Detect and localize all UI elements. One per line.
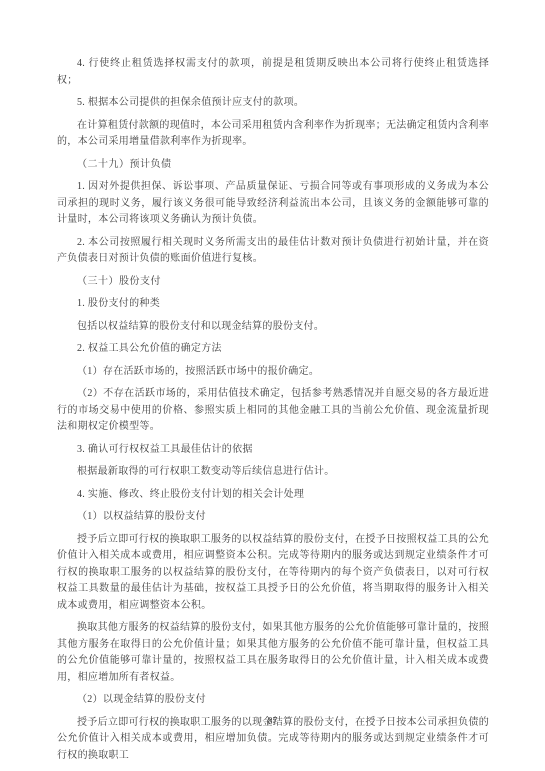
paragraph-equity-settled-employee: 授予后立即可行权的换取职工服务的以权益结算的股份支付，在授予日按照权益工具的公允… — [57, 532, 489, 615]
subheading-best-estimate-basis: 3. 确认可行权权益工具最佳估计的依据 — [57, 442, 489, 459]
paragraph-best-estimate-body: 根据最新取得的可行权职工数变动等后续信息进行估计。 — [57, 464, 489, 481]
paragraph-provision-measurement: 2. 本公司按照履行相关现时义务所需支出的最佳估计数对预计负债进行初始计量，并在… — [57, 235, 489, 268]
document-page: 4. 行使终止租赁选择权需支付的款项，前提是租赁期反映出本公司将行使终止租赁选择… — [0, 0, 545, 771]
paragraph-share-payment-types-body: 包括以权益结算的股份支付和以现金结算的股份支付。 — [57, 319, 489, 336]
subheading-accounting-treatment: 4. 实施、修改、终止股份支付计划的相关会计处理 — [57, 487, 489, 504]
list-item-5-guaranteed-residual: 5. 根据本公司提供的担保余值预计应支付的款项。 — [57, 95, 489, 112]
paragraph-equity-settled-other-party: 换取其他方服务的权益结算的股份支付，如果其他方服务的公允价值能够可靠计量的，按照… — [57, 620, 489, 686]
subheading-cash-settled: （2）以现金结算的股份支付 — [57, 692, 489, 709]
paragraph-provision-recognition: 1. 因对外提供担保、诉讼事项、产品质量保证、亏损合同等或有事项形成的义务成为本… — [57, 179, 489, 229]
page-number: 87 — [0, 716, 545, 727]
subheading-equity-settled: （1）以权益结算的股份支付 — [57, 509, 489, 526]
subheading-share-payment-types: 1. 股份支付的种类 — [57, 296, 489, 313]
paragraph-active-market: （1）存在活跃市场的，按照活跃市场中的报价确定。 — [57, 364, 489, 381]
paragraph-discount-rate: 在计算租赁付款额的现值时，本公司采用租赁内含利率作为折现率；无法确定租赁内含利率… — [57, 118, 489, 151]
subheading-fair-value-method: 2. 权益工具公允价值的确定方法 — [57, 341, 489, 358]
document-body: 4. 行使终止租赁选择权需支付的款项，前提是租赁期反映出本公司将行使终止租赁选择… — [57, 56, 489, 770]
section-heading-29-provisions: （二十九）预计负债 — [57, 157, 489, 174]
section-heading-30-share-payment: （三十）股份支付 — [57, 274, 489, 291]
list-item-4-lease-termination: 4. 行使终止租赁选择权需支付的款项，前提是租赁期反映出本公司将行使终止租赁选择… — [57, 56, 489, 89]
paragraph-no-active-market: （2）不存在活跃市场的，采用估值技术确定，包括参考熟悉情况并自愿交易的各方最近进… — [57, 386, 489, 436]
